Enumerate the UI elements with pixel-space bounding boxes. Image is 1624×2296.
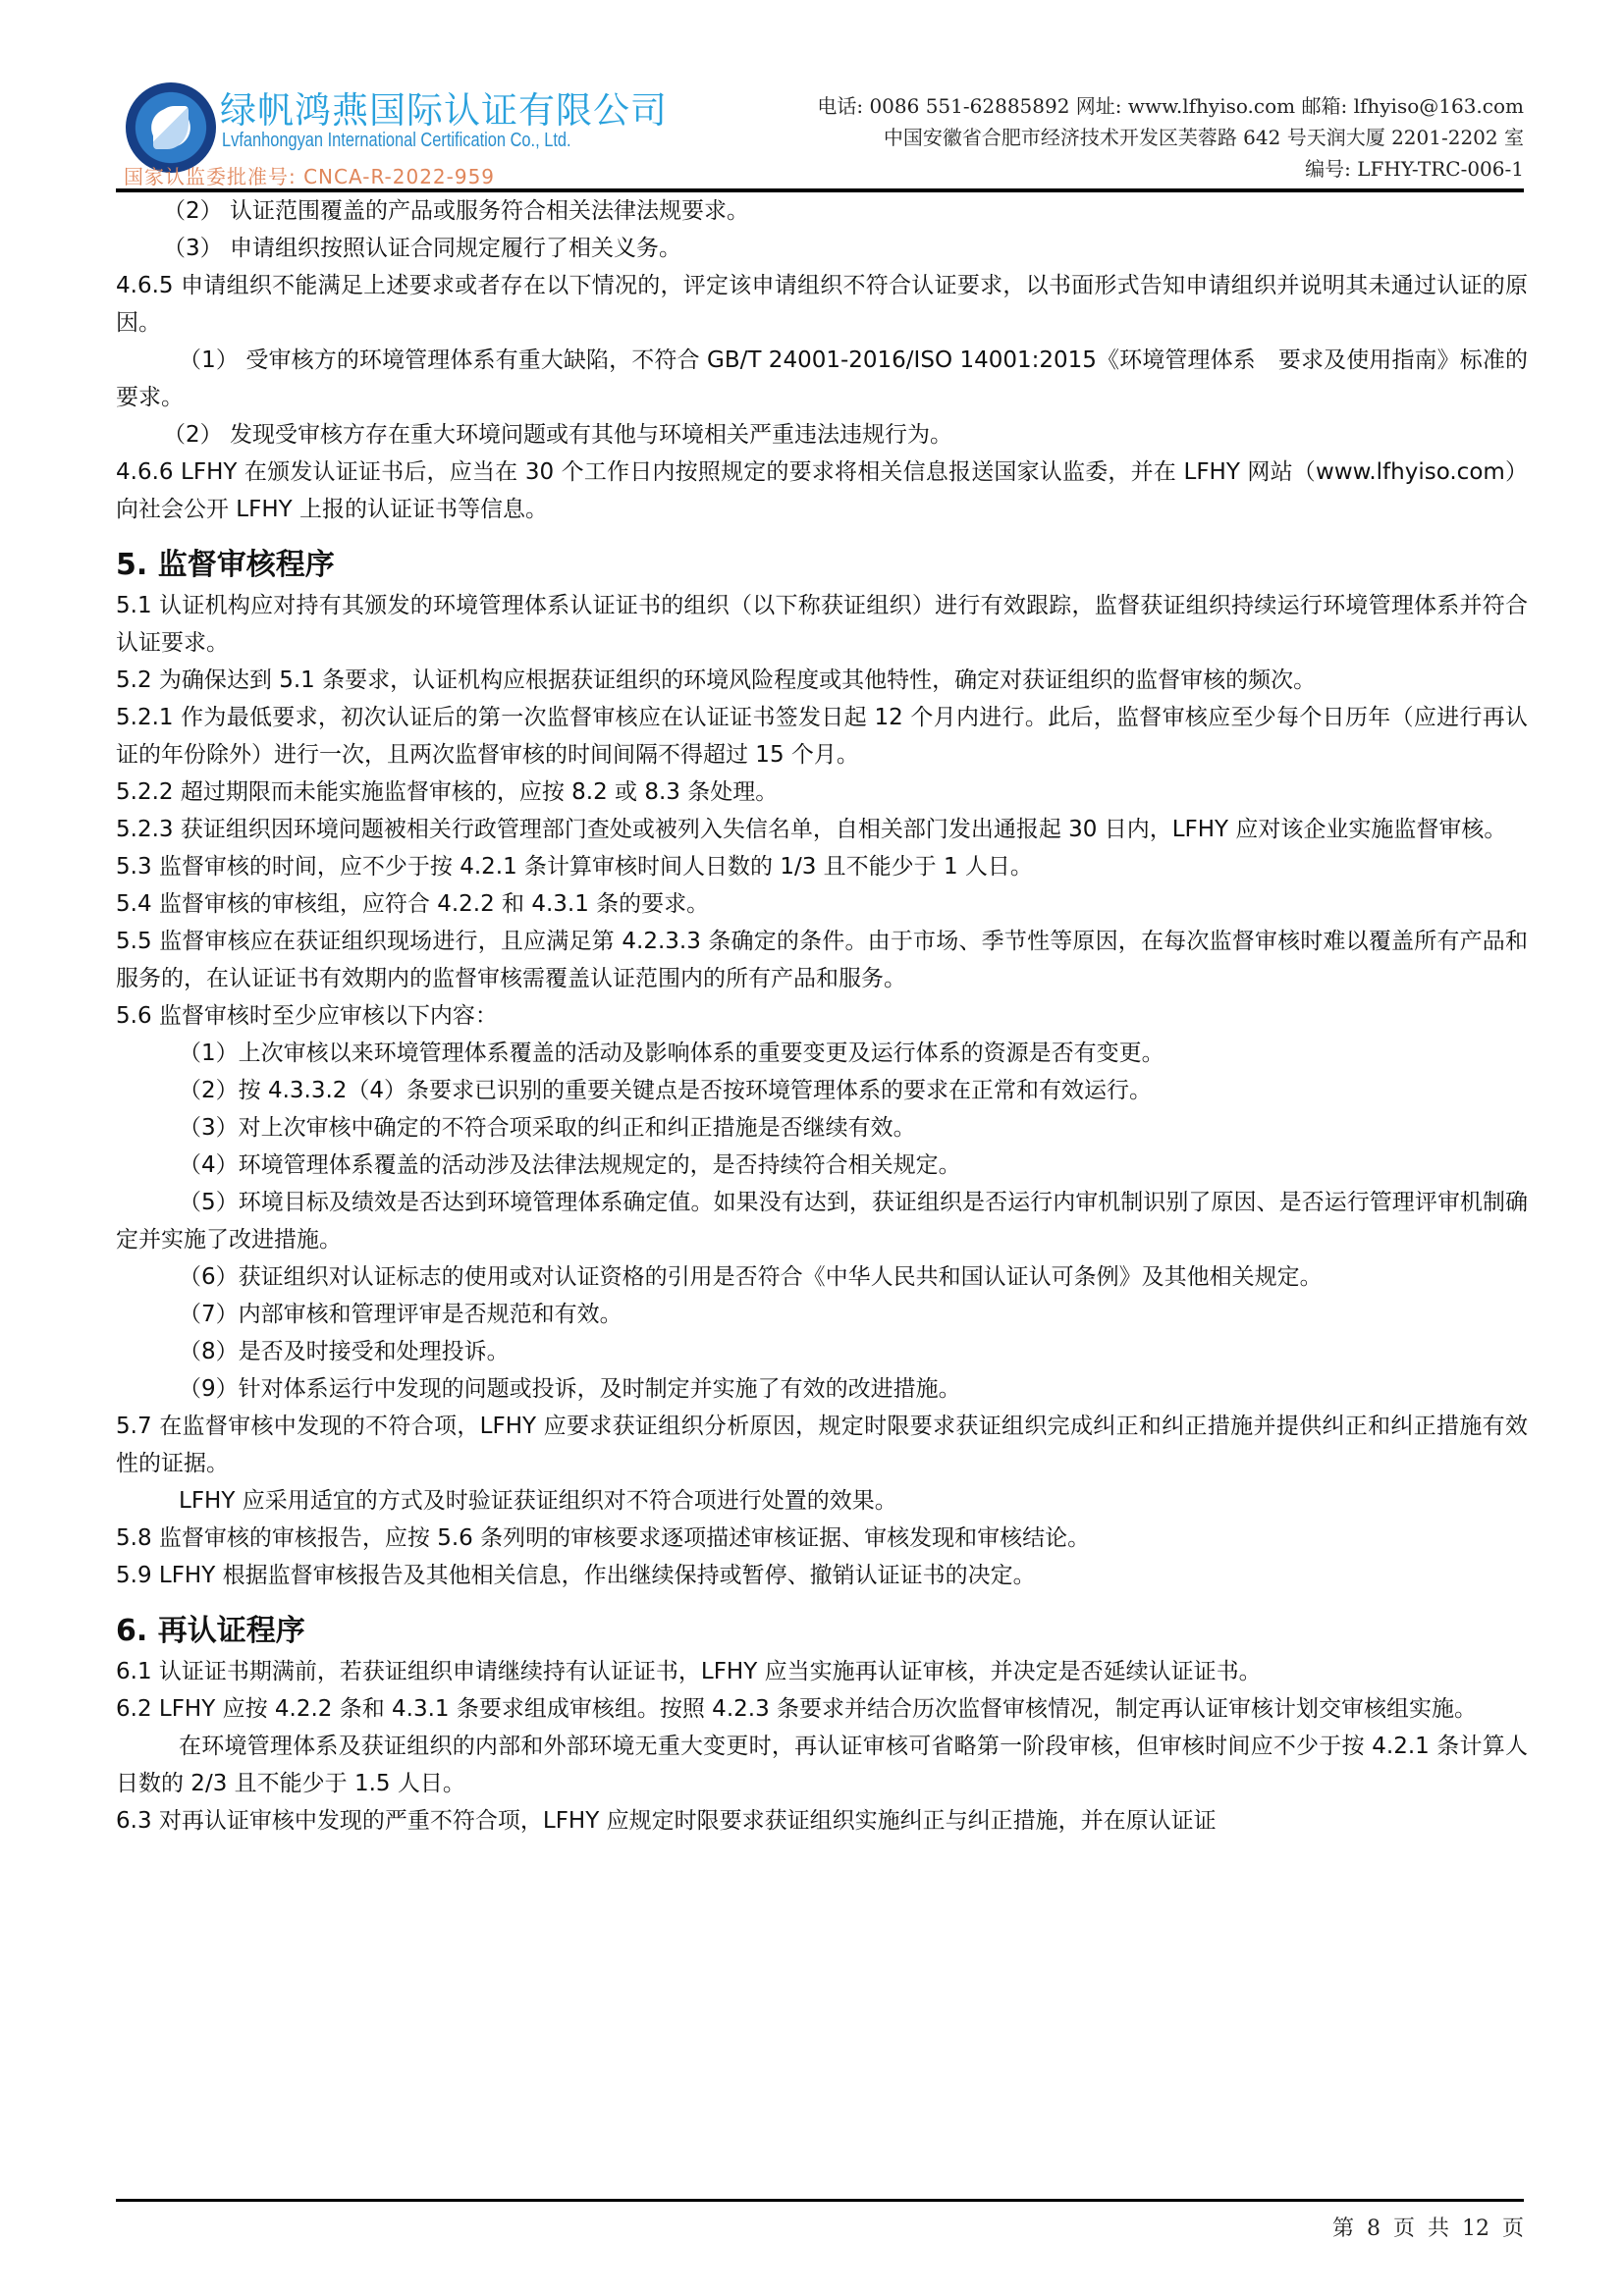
page-header: 绿帆鸿燕国际认证有限公司 Lvfanhongyan International …	[116, 77, 1524, 187]
paragraph: （1） 受审核方的环境管理体系有重大缺陷，不符合 GB/T 24001-2016…	[116, 342, 1528, 416]
paragraph: （2） 认证范围覆盖的产品或服务符合相关法律法规要求。	[116, 192, 1528, 230]
company-seal-logo-icon	[126, 82, 216, 173]
paragraph: （2） 发现受审核方存在重大环境问题或有其他与环境相关严重违法违规行为。	[116, 416, 1528, 454]
clause-5-7: 5.7 在监督审核中发现的不符合项，LFHY 应要求获证组织分析原因，规定时限要…	[116, 1408, 1528, 1482]
clause-6-3: 6.3 对再认证审核中发现的严重不符合项，LFHY 应规定时限要求获证组织实施纠…	[116, 1802, 1528, 1840]
clause-5-1: 5.1 认证机构应对持有其颁发的环境管理体系认证证书的组织（以下称获证组织）进行…	[116, 587, 1528, 662]
clause-4-6-5: 4.6.5 申请组织不能满足上述要求或者存在以下情况的，评定该申请组织不符合认证…	[116, 267, 1528, 342]
footer-divider	[116, 2199, 1524, 2202]
paragraph: （3） 申请组织按照认证合同规定履行了相关义务。	[116, 230, 1528, 267]
contact-address: 中国安徽省合肥市经济技术开发区芙蓉路 642 号天润大厦 2201-2202 室	[817, 122, 1524, 153]
document-number: 编号: LFHY-TRC-006-1	[817, 153, 1524, 185]
clause-5-9: 5.9 LFHY 根据监督审核报告及其他相关信息，作出继续保持或暂停、撤销认证证…	[116, 1557, 1528, 1594]
clause-5-2-3: 5.2.3 获证组织因环境问题被相关行政管理部门查处或被列入失信名单，自相关部门…	[116, 811, 1528, 848]
clause-4-6-6: 4.6.6 LFHY 在颁发认证证书后，应当在 30 个工作日内按照规定的要求将…	[116, 454, 1528, 528]
list-item: （5）环境目标及绩效是否达到环境管理体系确定值。如果没有达到，获证组织是否运行内…	[116, 1184, 1528, 1258]
clause-5-4: 5.4 监督审核的审核组，应符合 4.2.2 和 4.3.1 条的要求。	[116, 885, 1528, 923]
clause-5-3: 5.3 监督审核的时间，应不少于按 4.2.1 条计算审核时间人日数的 1/3 …	[116, 848, 1528, 885]
page-number: 第 8 页 共 12 页	[1332, 2212, 1524, 2242]
list-item: （2）按 4.3.3.2（4）条要求已识别的重要关键点是否按环境管理体系的要求在…	[116, 1072, 1528, 1109]
clause-5-6: 5.6 监督审核时至少应审核以下内容：	[116, 997, 1528, 1035]
company-name-cn: 绿帆鸿燕国际认证有限公司	[220, 80, 668, 133]
contact-phone-web-email: 电话: 0086 551-62885892 网址: www.lfhyiso.co…	[817, 90, 1524, 122]
contact-block: 电话: 0086 551-62885892 网址: www.lfhyiso.co…	[817, 90, 1524, 185]
paragraph: 在环境管理体系及获证组织的内部和外部环境无重大变更时，再认证审核可省略第一阶段审…	[116, 1728, 1528, 1802]
approval-number: 国家认监委批准号: CNCA-R-2022-959	[124, 161, 495, 189]
paragraph: LFHY 应采用适宜的方式及时验证获证组织对不符合项进行处置的效果。	[116, 1482, 1528, 1520]
clause-5-5: 5.5 监督审核应在获证组织现场进行，且应满足第 4.2.3.3 条确定的条件。…	[116, 923, 1528, 997]
list-item: （1）上次审核以来环境管理体系覆盖的活动及影响体系的重要变更及运行体系的资源是否…	[116, 1035, 1528, 1072]
clause-6-2: 6.2 LFHY 应按 4.2.2 条和 4.3.1 条要求组成审核组。按照 4…	[116, 1690, 1528, 1728]
list-item: （8）是否及时接受和处理投诉。	[116, 1333, 1528, 1370]
list-item: （6）获证组织对认证标志的使用或对认证资格的引用是否符合《中华人民共和国认证认可…	[116, 1258, 1528, 1296]
section-heading-5: 5. 监督审核程序	[116, 546, 1528, 585]
company-name-en: Lvfanhongyan International Certification…	[222, 130, 571, 152]
section-heading-6: 6. 再认证程序	[116, 1612, 1528, 1651]
list-item: （4）环境管理体系覆盖的活动涉及法律法规规定的，是否持续符合相关规定。	[116, 1147, 1528, 1184]
clause-6-1: 6.1 认证证书期满前，若获证组织申请继续持有认证证书，LFHY 应当实施再认证…	[116, 1653, 1528, 1690]
clause-5-2: 5.2 为确保达到 5.1 条要求，认证机构应根据获证组织的环境风险程度或其他特…	[116, 662, 1528, 699]
list-item: （9）针对体系运行中发现的问题或投诉，及时制定并实施了有效的改进措施。	[116, 1370, 1528, 1408]
list-item: （3）对上次审核中确定的不符合项采取的纠正和纠正措施是否继续有效。	[116, 1109, 1528, 1147]
clause-5-2-2: 5.2.2 超过期限而未能实施监督审核的，应按 8.2 或 8.3 条处理。	[116, 774, 1528, 811]
clause-5-8: 5.8 监督审核的审核报告，应按 5.6 条列明的审核要求逐项描述审核证据、审核…	[116, 1520, 1528, 1557]
document-body: （2） 认证范围覆盖的产品或服务符合相关法律法规要求。 （3） 申请组织按照认证…	[116, 192, 1528, 1840]
clause-5-2-1: 5.2.1 作为最低要求，初次认证后的第一次监督审核应在认证证书签发日起 12 …	[116, 699, 1528, 774]
list-item: （7）内部审核和管理评审是否规范和有效。	[116, 1296, 1528, 1333]
